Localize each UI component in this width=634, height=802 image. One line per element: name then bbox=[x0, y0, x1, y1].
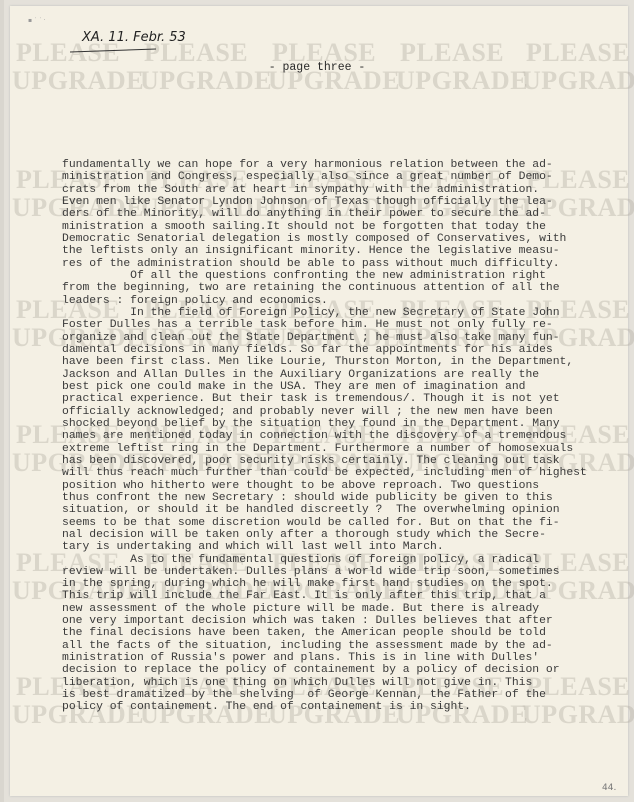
text-line: best pick one could make in the USA. The… bbox=[62, 381, 587, 393]
punch-marks: ▪ ˙ ˙ · bbox=[28, 17, 46, 24]
text-line: names are mentioned today in connection … bbox=[62, 430, 587, 442]
text-line: situation, or should it be handled discr… bbox=[62, 504, 587, 516]
text-line: Even men like Senator Lyndon Johnson of … bbox=[62, 196, 587, 208]
text-line: ministration a smooth sailing.It should … bbox=[62, 221, 587, 233]
text-line: res of the administration should be able… bbox=[62, 258, 587, 270]
text-line: nal decision will be taken only after a … bbox=[62, 529, 587, 541]
text-line: the final decisions have been taken, the… bbox=[62, 627, 587, 639]
text-line: Jackson and Allan Dulles in the Auxiliar… bbox=[62, 369, 587, 381]
handwritten-annotation: XA. 11. Febr. 53 bbox=[82, 30, 186, 45]
text-line: all the facts of the situation, includin… bbox=[62, 640, 587, 652]
document-body: fundamentally we can hope for a very har… bbox=[62, 159, 587, 714]
text-line: leaders : foreign policy and economics. bbox=[62, 295, 587, 307]
text-line: thus confront the new Secretary : should… bbox=[62, 492, 587, 504]
text-line: ministration and Congress, especially al… bbox=[62, 171, 587, 183]
text-line: officially acknowledged; and probably ne… bbox=[62, 406, 587, 418]
text-line: seems to be that some discretion would b… bbox=[62, 517, 587, 529]
text-line: will thus reach much further than could … bbox=[62, 467, 587, 479]
text-line: is best dramatized by the shelving of Ge… bbox=[62, 689, 587, 701]
text-line: Foster Dulles has a terrible task before… bbox=[62, 319, 587, 331]
text-line: from the beginning, two are retaining th… bbox=[62, 282, 587, 294]
text-line: review will be undertaken. Dulles plans … bbox=[62, 566, 587, 578]
text-line: shocked beyond belief by the situation t… bbox=[62, 418, 587, 430]
text-line: policy of containement. The end of conta… bbox=[62, 701, 587, 713]
text-line: one very important decision which was ta… bbox=[62, 615, 587, 627]
page-number: 44. bbox=[602, 783, 616, 793]
text-line: This trip will include the Far East. It … bbox=[62, 590, 587, 602]
text-line: the leftists only an insignificant minor… bbox=[62, 245, 587, 257]
text-line: practical experience. But their task is … bbox=[62, 393, 587, 405]
text-line: crats from the South are at heart in sym… bbox=[62, 184, 587, 196]
text-line: damental decisions in many fields. So fa… bbox=[62, 344, 587, 356]
text-line: extreme leftist ring in the Department. … bbox=[62, 443, 587, 455]
text-line: tary is undertaking and which will last … bbox=[62, 541, 587, 553]
page-header: - page three - bbox=[0, 61, 634, 74]
text-line: have been first class. Men like Lourie, … bbox=[62, 356, 587, 368]
text-line: Democratic Senatorial delegation is most… bbox=[62, 233, 587, 245]
text-line: in the spring, during which he will make… bbox=[62, 578, 587, 590]
text-line: liberation, which is one thing on which … bbox=[62, 677, 587, 689]
text-line: has been discovered, poor security risks… bbox=[62, 455, 587, 467]
scan-edge-shadow bbox=[0, 0, 4, 802]
text-line: As to the fundamental questions of forei… bbox=[62, 554, 587, 566]
text-line: position who hitherto were thought to be… bbox=[62, 480, 587, 492]
text-line: ministration of Russia's power and plans… bbox=[62, 652, 587, 664]
text-line: In the field of Foreign Policy, the new … bbox=[62, 307, 587, 319]
text-line: Of all the questions confronting the new… bbox=[62, 270, 587, 282]
text-line: organize and clean out the State Departm… bbox=[62, 332, 587, 344]
text-line: decision to replace the policy of contai… bbox=[62, 664, 587, 676]
text-line: fundamentally we can hope for a very har… bbox=[62, 159, 587, 171]
text-line: new assessment of the whole picture will… bbox=[62, 603, 587, 615]
text-line: ders of the Minority, will do anything i… bbox=[62, 208, 587, 220]
